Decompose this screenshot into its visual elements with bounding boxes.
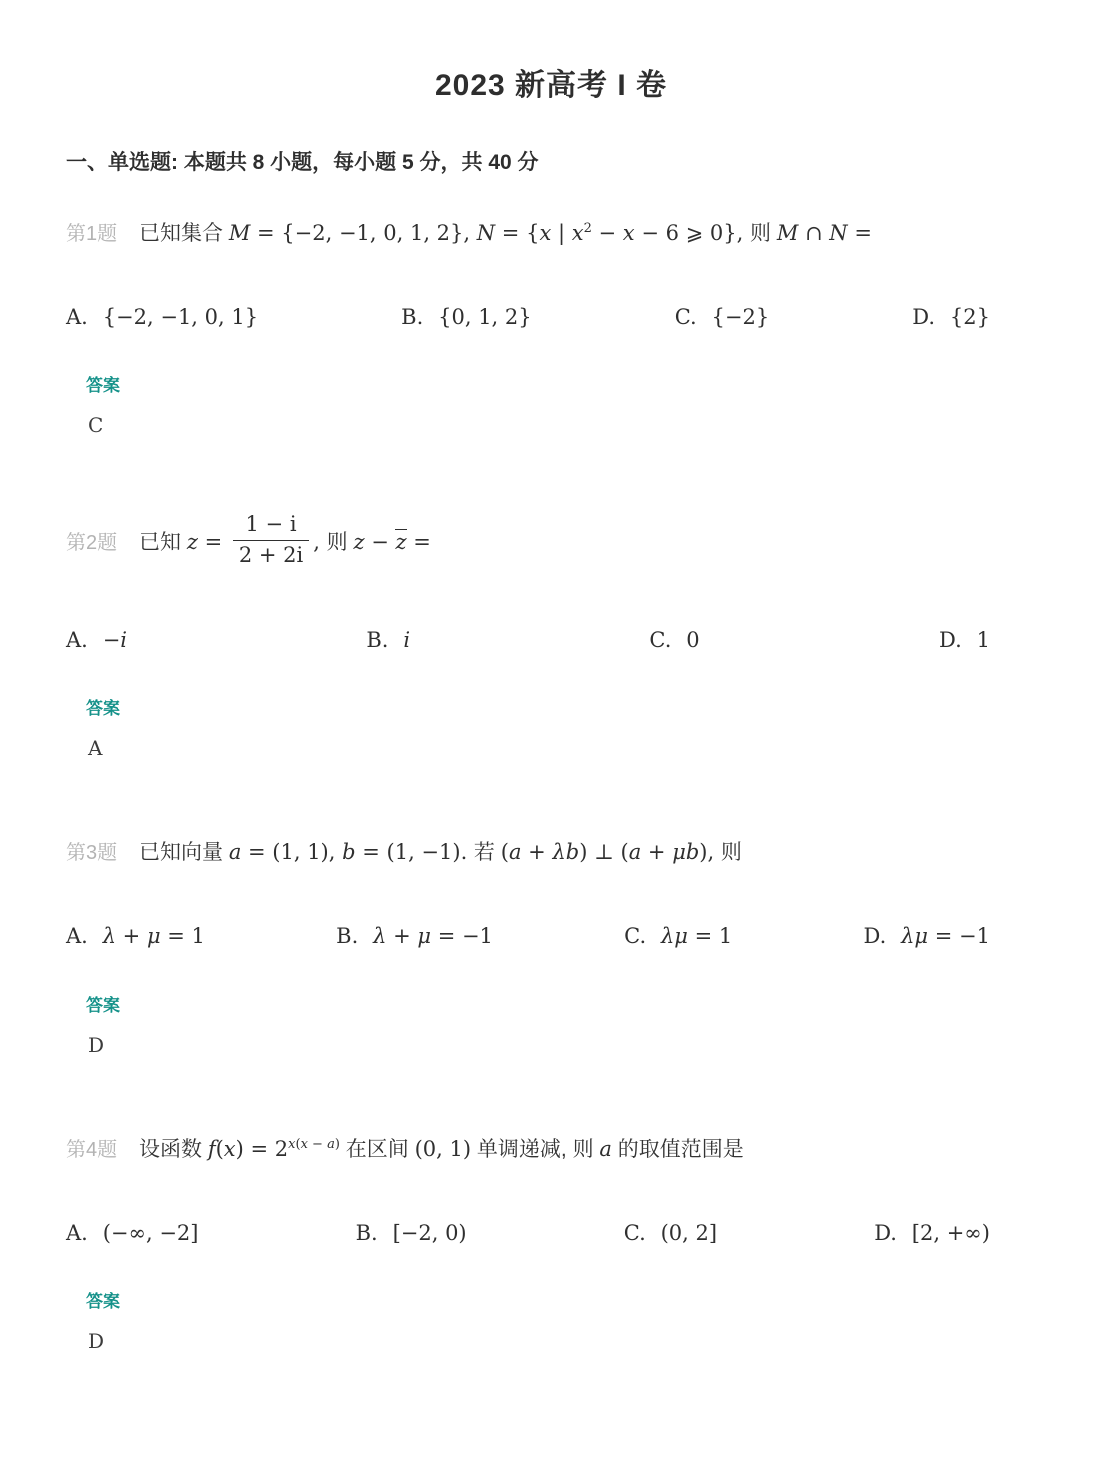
question-stem: 已知向量 a = (1, 1), b = (1, −1). 若 (a + λb)… <box>139 841 742 864</box>
math-run: i <box>120 628 127 652</box>
option-key: B. <box>401 305 423 329</box>
math-run: ( <box>501 840 509 864</box>
option-d: D. [2, +∞) <box>874 1220 990 1247</box>
option-content: (−∞, −2] <box>103 1222 199 1245</box>
option-b: B. {0, 1, 2} <box>401 304 531 331</box>
math-run: − <box>103 628 121 652</box>
option-content: i <box>403 629 410 652</box>
option-key: C. <box>675 305 697 329</box>
answer-label: 答案 <box>86 694 990 719</box>
option-key: C. <box>624 1221 646 1245</box>
option-key: C. <box>649 628 671 652</box>
math-run: {0, 1, 2} <box>438 305 532 329</box>
math-run: − 6 ⩾ 0}, <box>635 221 750 245</box>
math-run: 1 − i <box>246 512 297 536</box>
options-row: A. (−∞, −2] B. [−2, 0) C. (0, 2] D. [2, … <box>66 1220 990 1247</box>
option-content: {−2} <box>712 306 770 329</box>
superscript: 2 <box>584 220 592 235</box>
math-run: + <box>522 840 553 864</box>
answer-value: A <box>88 736 990 760</box>
math-run: λ <box>373 924 386 948</box>
options-row: A. λ + μ = 1 B. λ + μ = −1 C. λμ = 1 D. … <box>66 923 990 950</box>
math-run: = {−2, −1, 0, 1, 2}, <box>250 221 476 245</box>
math-run: μ <box>417 924 431 948</box>
math-run: N <box>829 221 847 245</box>
option-key: D. <box>863 924 886 948</box>
option-c: C. λμ = 1 <box>624 923 732 950</box>
math-run: z <box>395 530 406 554</box>
option-b: B. λ + μ = −1 <box>336 923 493 950</box>
math-run: λμ <box>901 924 928 948</box>
math-run: − <box>308 1137 327 1152</box>
question-stem: 已知 z = 1 − i2 + 2i, 则 z − z = <box>139 531 431 554</box>
math-run: {−2, −1, 0, 1} <box>103 305 258 329</box>
text-run: 若 <box>474 841 501 864</box>
math-run: M <box>777 221 799 245</box>
option-key: D. <box>912 305 935 329</box>
question-stem: 设函数 f(x) = 2x(x − a) 在区间 (0, 1) 单调递减, 则 … <box>139 1138 744 1161</box>
option-a: A. −i <box>66 627 127 654</box>
option-a: A. λ + μ = 1 <box>66 923 205 950</box>
page-title: 2023 新高考 I 卷 <box>0 0 1102 102</box>
math-run: μ <box>147 924 161 948</box>
option-key: B. <box>356 1221 378 1245</box>
math-run: x <box>539 221 551 245</box>
math-run: b <box>342 840 355 864</box>
answer-label: 答案 <box>86 991 990 1016</box>
text-run: 设函数 <box>139 1138 208 1161</box>
math-run: a <box>629 840 642 864</box>
math-run: = −1 <box>928 924 990 948</box>
option-a: A. (−∞, −2] <box>66 1220 198 1247</box>
option-content: (0, 2] <box>661 1222 717 1245</box>
answer-label: 答案 <box>86 371 990 396</box>
math-run: 2 <box>584 221 592 236</box>
option-content: {2} <box>950 306 990 329</box>
question-line: 第1题 已知集合 M = {−2, −1, 0, 1, 2}, N = {x |… <box>66 219 990 248</box>
math-run: ) ⊥ ( <box>579 840 629 864</box>
option-content: [−2, 0) <box>393 1222 467 1245</box>
option-b: B. i <box>366 627 410 654</box>
text-run: 已知向量 <box>139 841 229 864</box>
question-number-label: 第2题 <box>66 532 117 554</box>
math-run: − <box>365 530 396 554</box>
math-run: ( <box>216 1137 224 1161</box>
option-b: B. [−2, 0) <box>356 1220 467 1247</box>
math-run: M <box>229 221 251 245</box>
math-run: z <box>187 530 198 554</box>
question-number-label: 第4题 <box>66 1139 117 1161</box>
fraction-denominator: 2 + 2i <box>233 540 309 568</box>
overbar: z <box>395 529 406 554</box>
option-content: 1 <box>977 629 990 652</box>
question-block: 第1题 已知集合 M = {−2, −1, 0, 1, 2}, N = {x |… <box>66 219 990 438</box>
math-run: i <box>403 628 410 652</box>
math-run: ), <box>699 840 721 864</box>
text-run: 的取值范围是 <box>612 1138 744 1161</box>
text-run: 已知集合 <box>139 222 229 245</box>
option-content: 0 <box>686 629 699 652</box>
option-d: D. 1 <box>939 627 990 654</box>
math-run: + <box>641 840 672 864</box>
question-line: 第2题 已知 z = 1 − i2 + 2i, 则 z − z = <box>66 515 990 570</box>
superscript: x(x − a) <box>288 1136 340 1151</box>
exam-document: 2023 新高考 I 卷 一、单选题: 本题共 8 小题，每小题 5 分，共 4… <box>0 0 1102 1353</box>
option-content: λ + μ = 1 <box>103 925 205 948</box>
option-key: A. <box>66 924 88 948</box>
option-key: C. <box>624 924 646 948</box>
math-run: 0 <box>686 628 699 652</box>
option-content: λ + μ = −1 <box>373 925 493 948</box>
math-run: 2 + 2i <box>239 543 303 567</box>
math-run: | <box>551 221 571 245</box>
question-stem: 已知集合 M = {−2, −1, 0, 1, 2}, N = {x | x2 … <box>139 222 872 245</box>
option-key: D. <box>874 1221 897 1245</box>
option-content: −i <box>103 629 127 652</box>
math-run: λμ <box>661 924 688 948</box>
option-c: C. {−2} <box>675 304 770 331</box>
option-content: {−2, −1, 0, 1} <box>103 306 258 329</box>
math-run: = 1 <box>688 924 732 948</box>
math-run: , <box>313 530 326 554</box>
option-key: B. <box>336 924 358 948</box>
math-run: + <box>386 924 417 948</box>
math-run: = { <box>495 221 539 245</box>
math-run: ) = 2 <box>236 1137 289 1161</box>
math-run: λb <box>552 840 579 864</box>
math-run: x <box>572 221 584 245</box>
math-run: z <box>353 530 364 554</box>
answer-label: 答案 <box>86 1287 990 1312</box>
math-run: x <box>224 1137 236 1161</box>
options-row: A. −i B. i C. 0 D. 1 <box>66 627 990 654</box>
answer-value: C <box>88 413 990 437</box>
math-run: (0, 2] <box>661 1221 717 1245</box>
text-run: 单调递减, 则 <box>471 1138 599 1161</box>
math-run: (0, 1) <box>415 1137 471 1161</box>
math-run: a <box>327 1137 335 1152</box>
math-run: f <box>208 1137 216 1161</box>
answer-value: D <box>88 1033 990 1057</box>
question-block: 第3题 已知向量 a = (1, 1), b = (1, −1). 若 (a +… <box>66 838 990 1057</box>
question-list: 第1题 已知集合 M = {−2, −1, 0, 1, 2}, N = {x |… <box>66 219 990 1354</box>
question-line: 第3题 已知向量 a = (1, 1), b = (1, −1). 若 (a +… <box>66 838 990 867</box>
option-key: B. <box>366 628 388 652</box>
fraction-numerator: 1 − i <box>233 512 309 539</box>
option-c: C. 0 <box>649 627 699 654</box>
question-block: 第4题 设函数 f(x) = 2x(x − a) 在区间 (0, 1) 单调递减… <box>66 1135 990 1354</box>
math-run: a <box>509 840 522 864</box>
math-run: = (1, −1). <box>356 840 474 864</box>
option-content: [2, +∞) <box>912 1222 990 1245</box>
option-key: A. <box>66 628 88 652</box>
math-run: λ <box>103 924 116 948</box>
question-block: 第2题 已知 z = 1 − i2 + 2i, 则 z − z = A. −i … <box>66 515 990 760</box>
math-run: [−2, 0) <box>393 1221 467 1245</box>
question-line: 第4题 设函数 f(x) = 2x(x − a) 在区间 (0, 1) 单调递减… <box>66 1135 990 1164</box>
options-row: A. {−2, −1, 0, 1} B. {0, 1, 2} C. {−2} D… <box>66 304 990 331</box>
option-d: D. λμ = −1 <box>863 923 989 950</box>
question-number-label: 第3题 <box>66 842 117 864</box>
math-run: = <box>407 530 431 554</box>
math-run: = <box>198 530 229 554</box>
fraction: 1 − i2 + 2i <box>233 512 309 567</box>
option-content: λμ = 1 <box>661 925 732 948</box>
math-run: {−2} <box>712 305 770 329</box>
answer-value: D <box>88 1329 990 1353</box>
math-run: [2, +∞) <box>912 1221 990 1245</box>
option-content: {0, 1, 2} <box>438 306 532 329</box>
text-run: 已知 <box>139 531 187 554</box>
option-c: C. (0, 2] <box>624 1220 717 1247</box>
math-run: a <box>229 840 242 864</box>
math-run: N <box>477 221 495 245</box>
text-run: 在区间 <box>340 1138 415 1161</box>
math-run: = <box>848 221 872 245</box>
math-run: x <box>623 221 635 245</box>
text-run: 则 <box>327 531 354 554</box>
option-a: A. {−2, −1, 0, 1} <box>66 304 258 331</box>
option-key: A. <box>66 1221 88 1245</box>
question-number-label: 第1题 <box>66 223 117 245</box>
option-key: D. <box>939 628 962 652</box>
math-run: a <box>599 1137 612 1161</box>
math-run: (−∞, −2] <box>103 1221 199 1245</box>
math-run: = 1 <box>161 924 205 948</box>
option-content: λμ = −1 <box>901 925 990 948</box>
math-run: + <box>116 924 147 948</box>
math-run: = −1 <box>431 924 493 948</box>
math-run: 1 <box>977 628 990 652</box>
math-run: − <box>592 221 623 245</box>
option-d: D. {2} <box>912 304 990 331</box>
math-run: = (1, 1), <box>241 840 342 864</box>
option-key: A. <box>66 305 88 329</box>
math-run: {2} <box>950 305 990 329</box>
section-header: 一、单选题: 本题共 8 小题，每小题 5 分，共 40 分 <box>66 150 990 175</box>
text-run: 则 <box>721 841 742 864</box>
math-run: μb <box>672 840 699 864</box>
math-run: x <box>301 1137 308 1152</box>
math-run: ∩ <box>798 221 829 245</box>
text-run: 则 <box>750 222 777 245</box>
